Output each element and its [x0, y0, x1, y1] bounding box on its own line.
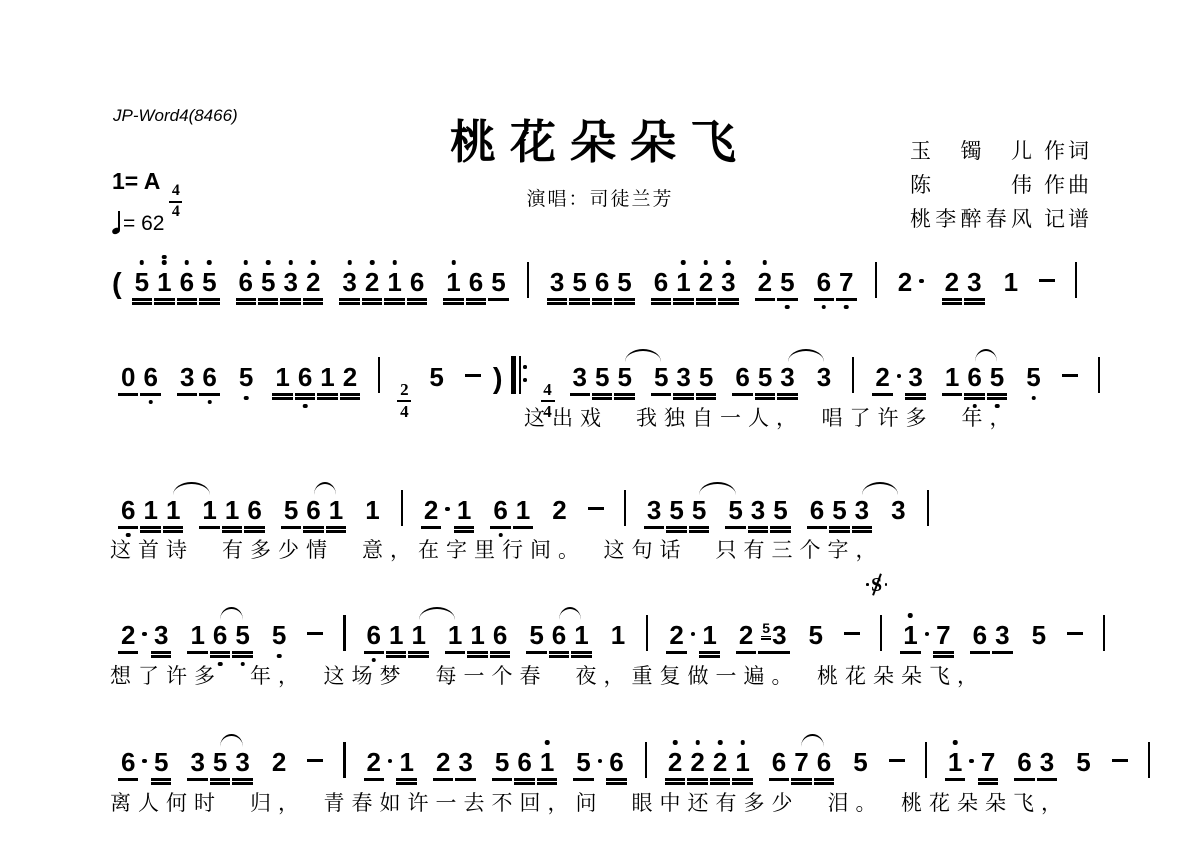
beam-underline: [758, 651, 789, 653]
beam-underline: [725, 526, 745, 528]
note: 3: [992, 620, 1012, 650]
beam-underline: [592, 397, 612, 399]
beam-underline: [199, 298, 219, 300]
note-group: 535: [724, 495, 791, 525]
note-digit: 1: [948, 747, 962, 777]
note-digit: 6: [247, 495, 261, 525]
credit-role: 作词: [1044, 134, 1092, 168]
beam-underline: [222, 526, 242, 528]
beam-underline: [210, 778, 230, 780]
note-digit: 6: [517, 747, 531, 777]
parenthesis: (: [112, 268, 122, 300]
octave-dot-low: [844, 305, 849, 310]
note: 5: [488, 267, 508, 297]
barline: [378, 357, 380, 393]
note-digit: 5: [773, 495, 787, 525]
note-digit: 5: [529, 620, 543, 650]
note-group: 165: [941, 362, 1008, 392]
credit-row: 陈伟作曲: [910, 168, 1092, 202]
note-group: 5: [268, 620, 290, 650]
beam-underline: [942, 302, 962, 304]
note-group: 253: [735, 620, 791, 650]
octave-dot-low: [148, 400, 153, 405]
quarter-note-icon: [112, 210, 123, 234]
note: 3: [888, 495, 908, 525]
note: 5: [199, 267, 219, 297]
octave-dot-low: [303, 404, 308, 409]
note-digit: 2: [306, 267, 320, 297]
note-digit: 5: [595, 362, 609, 392]
note: 1: [945, 747, 965, 777]
note-digit: 1: [446, 267, 460, 297]
note-digit: 5: [1076, 747, 1090, 777]
slur-arc: [975, 349, 997, 362]
beam-underline: [606, 778, 626, 780]
note-digit: 3: [154, 620, 168, 650]
beam-underline: [673, 302, 693, 304]
credit-name-char: 李: [935, 202, 956, 236]
note-digit: 2: [945, 267, 959, 297]
note-digit: 2: [367, 747, 381, 777]
repeat-thin-bar: [519, 356, 521, 394]
note-group: 2221: [664, 747, 754, 777]
beam-underline: [807, 526, 827, 528]
note-digit: 7: [794, 747, 808, 777]
note-digit: 0: [121, 362, 135, 392]
note-digit: 2: [898, 267, 912, 297]
note-group: 21: [420, 495, 475, 525]
note-digit: 2: [669, 620, 683, 650]
beam-underline: [232, 651, 252, 653]
slur-arc: [788, 349, 824, 362]
note-digit: 5: [429, 362, 443, 392]
note-group: 5: [849, 747, 871, 777]
beam-underline: [445, 651, 465, 653]
time-sig-denominator: 4: [400, 403, 409, 420]
beam-underline: [244, 526, 264, 528]
beam-underline: [490, 651, 510, 653]
note: 5: [281, 495, 301, 525]
beam-underline: [732, 782, 752, 784]
note-digit: 3: [190, 747, 204, 777]
beam-underline: [118, 778, 138, 780]
beam-underline: [396, 778, 416, 780]
note-group: 1: [361, 495, 383, 525]
note-digit: 3: [855, 495, 869, 525]
note-group: 56: [572, 747, 627, 777]
note: 1: [608, 620, 628, 650]
beam-underline: [199, 393, 219, 395]
note-digit: 5: [617, 362, 631, 392]
note-digit: 6: [239, 267, 253, 297]
tempo-value: = 62: [123, 212, 164, 235]
note: 1: [396, 747, 416, 777]
note-digit: 5: [617, 267, 631, 297]
beam-underline: [163, 530, 183, 532]
duration-dash: [889, 759, 905, 762]
note-digit: 6: [552, 620, 566, 650]
augmentation-dot: [445, 507, 450, 512]
beam-underline: [467, 651, 487, 653]
note: 3: [673, 362, 693, 392]
note-group: 353: [186, 747, 253, 777]
octave-dot-high: [244, 260, 249, 265]
note-digit: 6: [367, 620, 381, 650]
note-digit: 3: [721, 267, 735, 297]
note-group: 165: [186, 620, 253, 650]
beam-underline: [770, 526, 790, 528]
note-digit: 1: [611, 620, 625, 650]
octave-dot-low: [277, 654, 282, 659]
octave-dot-high: [266, 260, 271, 265]
beam-underline: [187, 778, 207, 780]
beam-underline: [526, 651, 546, 653]
note: 6: [970, 620, 990, 650]
note-group: 1612: [271, 362, 361, 392]
note-group: 2: [548, 495, 570, 525]
beam-underline: [964, 302, 984, 304]
lyrics-line-1: 这出戏 我独自一人， 唱了许多 年，: [524, 402, 1018, 432]
beam-underline: [272, 397, 292, 399]
credit-name-char: 春: [986, 202, 1007, 236]
meter-fraction: 44: [169, 183, 182, 220]
beam-underline: [933, 655, 953, 657]
note-group: 23: [941, 267, 986, 297]
music-line-4: 2316556111165611212535S17635: [110, 615, 1115, 655]
beam-underline: [699, 651, 719, 653]
credit-role: 记谱: [1044, 202, 1092, 236]
note-group: 65: [117, 747, 172, 777]
duration-dash: [307, 759, 323, 762]
repeat-dot: [523, 378, 527, 382]
note: 5: [569, 267, 589, 297]
beam-underline: [970, 651, 990, 653]
note-group: 165: [442, 267, 509, 297]
beam-underline: [836, 298, 856, 300]
note-group: 23: [432, 747, 477, 777]
note-group: 23: [871, 362, 926, 392]
beam-underline: [592, 302, 612, 304]
beam-underline: [614, 393, 634, 395]
note: 5: [850, 747, 870, 777]
credit-name-char: 镯: [961, 134, 982, 168]
note-digit: 1: [540, 747, 554, 777]
note: 6: [769, 747, 789, 777]
beam-underline: [151, 778, 171, 780]
note: 1: [187, 620, 207, 650]
beam-underline: [570, 393, 590, 395]
octave-dot-high: [740, 740, 745, 745]
slur-arc: [173, 482, 209, 495]
note-digit: 1: [329, 495, 343, 525]
note: 7: [791, 747, 811, 777]
segno-dot: [866, 583, 869, 586]
note: 5: [666, 495, 686, 525]
credit-role: 作曲: [1044, 168, 1092, 202]
note: 2: [736, 620, 756, 650]
meter-numerator: 4: [172, 183, 180, 199]
note-group: 611: [117, 495, 184, 525]
note: 2: [665, 747, 685, 777]
beam-underline: [872, 393, 892, 395]
lyrics-line-4: 离人何时 归， 青春如许一去不回，问 眼中还有多少 泪。 桃花朵朵飞，: [110, 787, 1069, 817]
note: 5: [806, 620, 826, 650]
beam-underline: [549, 651, 569, 653]
octave-dot-low: [1031, 396, 1036, 401]
octave-dot-high: [695, 740, 700, 745]
beam-underline: [199, 302, 219, 304]
beam-underline: [814, 778, 834, 780]
note-group: 21: [665, 620, 720, 650]
beam-underline: [978, 782, 998, 784]
octave-dot-high: [311, 260, 316, 265]
beam-underline: [151, 655, 171, 657]
note-group: 36: [176, 362, 221, 392]
credit-name: 陈伟: [910, 168, 1032, 202]
beam-underline: [407, 302, 427, 304]
note: 5: [132, 267, 152, 297]
note: 5: [151, 747, 171, 777]
barline: [1075, 262, 1077, 298]
beam-underline: [571, 655, 591, 657]
note-digit: 5: [135, 267, 149, 297]
beam-underline: [687, 782, 707, 784]
note: 5: [987, 362, 1007, 392]
note-digit: 1: [365, 495, 379, 525]
beam-underline: [942, 393, 962, 395]
octave-dot-high: [953, 740, 958, 745]
note-digit: 1: [735, 747, 749, 777]
note-digit: 3: [458, 747, 472, 777]
note-digit: 1: [202, 495, 216, 525]
octave-dot-low: [207, 400, 212, 405]
beam-underline: [295, 397, 315, 399]
note-digit: 1: [448, 620, 462, 650]
beam-underline: [187, 651, 207, 653]
note-digit: 6: [493, 495, 507, 525]
beam-underline: [222, 530, 242, 532]
note-digit: 6: [735, 362, 749, 392]
note: 5: [614, 267, 634, 297]
beam-underline: [455, 778, 475, 780]
note-group: 5: [425, 362, 447, 392]
octave-dot-high: [392, 260, 397, 265]
beam-underline: [340, 397, 360, 399]
note-digit: 3: [550, 267, 564, 297]
note: 5: [210, 747, 230, 777]
note-group: 116: [444, 620, 511, 650]
octave-dot-low: [244, 396, 249, 401]
note: 1: [1001, 267, 1021, 297]
repeat-thick-bar: [511, 356, 516, 394]
beam-underline: [852, 530, 872, 532]
beam-underline: [905, 397, 925, 399]
note-digit: 6: [973, 620, 987, 650]
note-digit: 6: [1017, 747, 1031, 777]
note-digit: 1: [945, 362, 959, 392]
octave-dot-high: [763, 260, 768, 265]
beam-underline: [614, 397, 634, 399]
beam-underline: [295, 393, 315, 395]
note: 53: [758, 620, 789, 650]
note-digit: 5: [809, 620, 823, 650]
beam-underline: [673, 298, 693, 300]
note: 1: [154, 267, 174, 297]
beam-underline: [1037, 778, 1057, 780]
note-group: 561: [525, 620, 592, 650]
note: 5: [777, 267, 797, 297]
note: 1: [513, 495, 533, 525]
beam-underline: [281, 526, 301, 528]
note: 2: [942, 267, 962, 297]
beam-underline: [303, 302, 323, 304]
beam-underline: [992, 651, 1012, 653]
beam-underline: [177, 298, 197, 300]
beam-underline: [132, 302, 152, 304]
octave-dot-high: [288, 260, 293, 265]
note-digit: 1: [470, 620, 484, 650]
note-digit: 5: [272, 620, 286, 650]
beam-underline: [454, 530, 474, 532]
lyrics-line-3: 想了许多 年， 这场梦 每一个春 夜，重复做一遍。 桃花朵朵飞，: [110, 660, 985, 690]
note-group: 6532: [235, 267, 325, 297]
note: 5: [755, 362, 775, 392]
note: 1: [445, 620, 465, 650]
note-digit: 6: [121, 747, 135, 777]
beam-underline: [1014, 778, 1034, 780]
note: 6: [807, 495, 827, 525]
beam-underline: [829, 530, 849, 532]
barline: [927, 490, 929, 526]
note-digit: 6: [654, 267, 668, 297]
beam-underline: [384, 298, 404, 300]
duration-dash: [465, 374, 481, 377]
note-digit: 2: [758, 267, 772, 297]
credit-row: 玉镯儿作词: [910, 134, 1092, 168]
note: 5: [1023, 362, 1043, 392]
beam-underline: [666, 651, 686, 653]
note-digit: 5: [780, 267, 794, 297]
note-digit: 2: [424, 495, 438, 525]
note: 2: [872, 362, 892, 392]
note: 2: [710, 747, 730, 777]
note-digit: 3: [772, 620, 786, 650]
note-group: 535: [650, 362, 717, 392]
note-group: 17: [899, 620, 954, 650]
music-line-3: 6111165611216123555356533: [110, 490, 939, 530]
beam-underline: [339, 298, 359, 300]
beam-underline: [651, 393, 671, 395]
parenthesis: ): [493, 363, 503, 395]
note: 6: [964, 362, 984, 392]
beam-underline: [386, 655, 406, 657]
beam-underline: [945, 778, 965, 780]
beam-underline: [280, 298, 300, 300]
note-digit: 5: [576, 747, 590, 777]
note: 2: [687, 747, 707, 777]
note: 2: [696, 267, 716, 297]
note-digit: 6: [298, 362, 312, 392]
note-digit: 3: [891, 495, 905, 525]
credit-name: 玉镯儿: [910, 134, 1032, 168]
beam-underline: [777, 298, 797, 300]
beam-underline: [614, 298, 634, 300]
note: 3: [339, 267, 359, 297]
note-digit: 5: [1026, 362, 1040, 392]
note-group: 2: [894, 267, 927, 297]
beam-underline: [443, 302, 463, 304]
note: 6: [1014, 747, 1034, 777]
beam-underline: [770, 530, 790, 532]
note-digit: 5: [669, 495, 683, 525]
note: 6: [140, 362, 160, 392]
note-digit: 6: [817, 747, 831, 777]
note-group: 63: [1013, 747, 1058, 777]
note-digit: 5: [261, 267, 275, 297]
beam-underline: [317, 393, 337, 395]
note: 6: [407, 267, 427, 297]
duration-dash: [1067, 632, 1083, 635]
note-digit: 6: [772, 747, 786, 777]
note: 1: [163, 495, 183, 525]
beam-underline: [466, 298, 486, 300]
beam-underline: [537, 778, 557, 780]
note-digit: 6: [493, 620, 507, 650]
beam-underline: [362, 298, 382, 300]
note: 3: [177, 362, 197, 392]
note: 2: [549, 495, 569, 525]
beam-underline: [407, 298, 427, 300]
note-digit: 6: [817, 267, 831, 297]
note-digit: 1: [157, 267, 171, 297]
note-digit: 3: [817, 362, 831, 392]
beam-underline: [718, 298, 738, 300]
beam-underline: [326, 530, 346, 532]
beam-underline: [736, 651, 756, 653]
augmentation-dot: [388, 759, 393, 764]
credit-name-char: 玉: [910, 134, 931, 168]
note-group: 5165: [131, 267, 221, 297]
barline: [645, 742, 647, 778]
duration-dash: [1062, 374, 1078, 377]
octave-dot-high: [545, 740, 550, 745]
note-group: 561: [280, 495, 347, 525]
note: 1: [443, 267, 463, 297]
barline: [925, 742, 927, 778]
beam-underline: [791, 782, 811, 784]
beam-underline: [140, 530, 160, 532]
grace-beam-line: [761, 638, 771, 639]
beam-underline: [118, 526, 138, 528]
note-digit: 2: [343, 362, 357, 392]
beam-underline: [140, 526, 160, 528]
note-group: 5: [1022, 362, 1044, 392]
slur-arc: [559, 607, 581, 620]
beam-underline: [689, 526, 709, 528]
beam-underline: [177, 393, 197, 395]
beam-underline: [547, 298, 567, 300]
duration-dash: [1112, 759, 1128, 762]
beam-underline: [755, 393, 775, 395]
meter-denominator: 4: [172, 204, 180, 220]
beam-underline: [151, 651, 171, 653]
duration-dash: [844, 632, 860, 635]
note-digit: 1: [225, 495, 239, 525]
beam-underline: [364, 651, 384, 653]
note: 7: [933, 620, 953, 650]
augmentation-dot: [142, 632, 147, 637]
beam-underline: [244, 530, 264, 532]
